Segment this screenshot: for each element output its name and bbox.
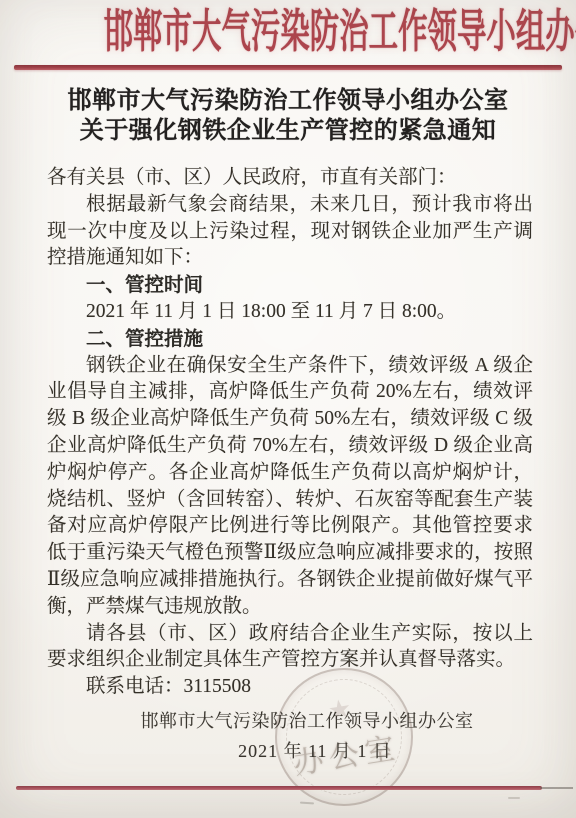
document-body: 各有关县（市、区）人民政府，市直有关部门： 根据最新气象会商结果，未来几日，预计…	[47, 165, 533, 701]
intro-paragraph: 根据最新气象会商结果，未来几日，预计我市将出现一次中度及以上污染过程，现对钢铁企…	[47, 192, 533, 272]
section2-heading: 二、管控措施	[47, 326, 533, 353]
document-title-line2: 关于强化钢铁企业生产管控的紧急通知	[0, 116, 576, 146]
photo-smudge	[300, 802, 314, 805]
document-page: 邯郸市大气污染防治工作领导小组办公室 邯郸市大气污染防治工作领导小组办公室 关于…	[0, 0, 576, 818]
salutation: 各有关县（市、区）人民政府，市直有关部门：	[47, 165, 533, 192]
section1-text: 2021 年 11 月 1 日 18:00 至 11 月 7 日 8:00。	[47, 299, 533, 326]
contact-phone: 联系电话：3115508	[47, 674, 533, 701]
photo-smudge	[508, 797, 520, 799]
section2-text: 钢铁企业在确保安全生产条件下，绩效评级 A 级企业倡导自主减排，高炉降低生产负荷…	[47, 353, 533, 621]
signature-org-name: 邯郸市大气污染防治工作领导小组办公室	[141, 707, 474, 733]
document-title-line1: 邯郸市大气污染防治工作领导小组办公室	[0, 86, 576, 116]
bottom-rule-gray-segment	[540, 787, 573, 789]
bottom-divider-rule	[16, 786, 542, 790]
letterhead-divider-rule	[14, 65, 562, 70]
section1-heading: 一、管控时间	[47, 272, 533, 299]
document-title: 邯郸市大气污染防治工作领导小组办公室 关于强化钢铁企业生产管控的紧急通知	[0, 86, 576, 146]
closing-paragraph: 请各县（市、区）政府结合企业生产实际，按以上要求组织企业制定具体生产管控方案并认…	[47, 621, 533, 675]
signature-date: 2021 年 11 月 1 日	[238, 737, 392, 763]
letterhead-org-name: 邯郸市大气污染防治工作领导小组办公室	[104, 6, 473, 58]
